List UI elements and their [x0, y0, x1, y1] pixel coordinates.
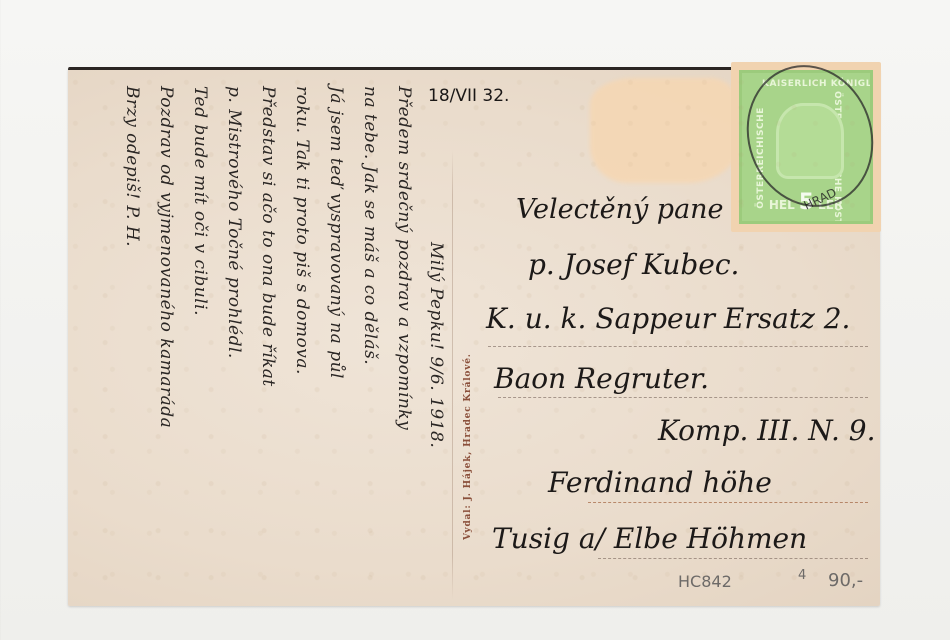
- message-line: p. Mistrového Točné prohlédl.: [224, 86, 244, 359]
- message-line: Brzy odepiš! P. H.: [122, 86, 142, 247]
- address-unit-name: K. u. k. Sappeur Ersatz: [486, 302, 815, 335]
- postcard: KAISERLICH KÖNIGLICHE ÖSTERREICHISCHE ÖS…: [68, 68, 880, 606]
- address-city: Tusig a/ Elbe Höhmen: [492, 522, 807, 555]
- address-company: Komp. III. N. 9.: [658, 414, 876, 447]
- publisher-imprint: Vydal: J. Hájek, Hradec Králové.: [463, 353, 473, 540]
- address-recipient: p. Josef Kubec.: [528, 248, 739, 281]
- address-line: [598, 558, 868, 559]
- message-line: roku. Tak ti proto piš s domova.: [292, 86, 312, 375]
- paper-stain: [590, 78, 740, 183]
- address-unit: K. u. k. Sappeur Ersatz 2.: [486, 302, 850, 335]
- address-location: Ferdinand höhe: [548, 466, 772, 499]
- message-line: Ted bude mít oči v cibuli.: [190, 86, 210, 316]
- catalog-code-annotation: HC842: [678, 572, 732, 591]
- center-divider: [452, 150, 453, 600]
- address-battalion: Baon Regruter.: [494, 362, 709, 395]
- message-line: Předem srdečný pozdrav a vzpomínky: [394, 86, 414, 430]
- handwritten-message: Milý Pepku! 9/6. 1918. Předem srdečný po…: [74, 82, 494, 602]
- message-line: Představ si ačo to ona bude říkat: [258, 86, 278, 387]
- address-line: [488, 346, 868, 347]
- address-unit-number: 2.: [824, 302, 851, 335]
- address-line: [498, 397, 868, 398]
- address-salutation: Velectěný pane: [516, 194, 724, 225]
- message-line: Já jsem teď vyspravovaný na půl: [326, 86, 346, 379]
- pencil-mark: 4: [798, 568, 806, 583]
- price-annotation: 90,-: [828, 570, 863, 591]
- message-line: Pozdrav od vyjmenovaného kamaráda: [156, 86, 176, 428]
- message-line: Milý Pepku! 9/6. 1918.: [426, 242, 446, 448]
- message-line: na tebe. Jak se máš a co děláš.: [360, 86, 380, 365]
- address-line: [588, 502, 868, 503]
